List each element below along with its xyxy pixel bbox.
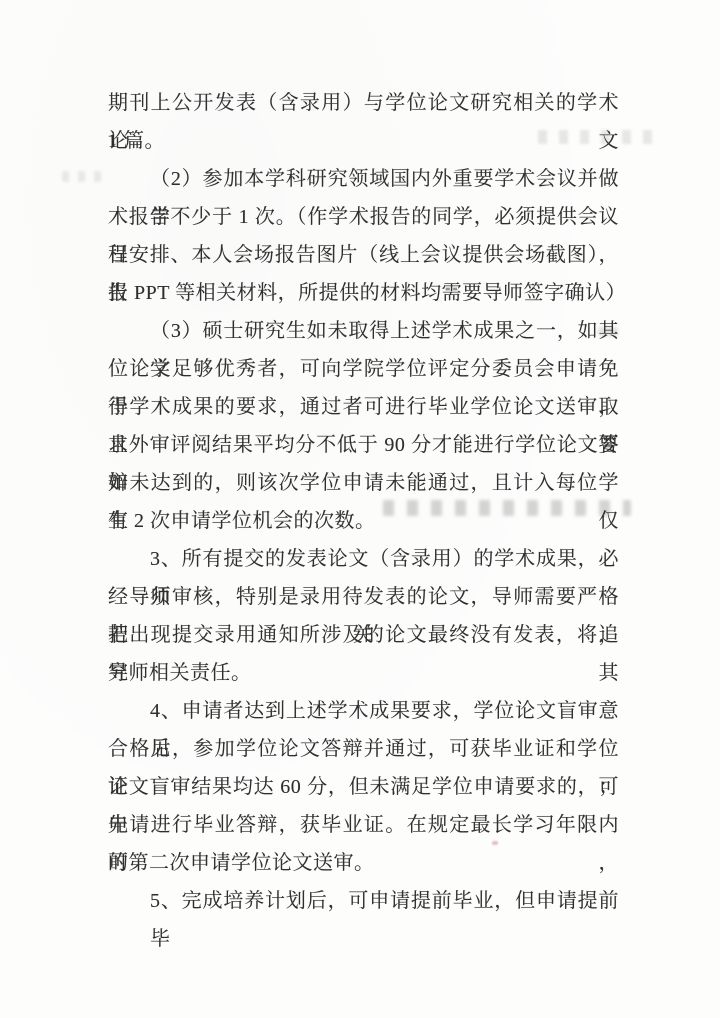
text-line: 合格后，参加学位论文答辩并通过，可获毕业证和学位证；	[108, 730, 619, 768]
text-line: 3、所有提交的发表论文（含录用）的学术成果，必须	[108, 540, 619, 578]
text-line: 求外审评阅结果平均分不低于 90 分才能进行学位论文答辩	[108, 426, 619, 464]
text-line: （2）参加本学科研究领域国内外重要学术会议并做学	[108, 160, 619, 198]
text-line: 若出现提交录用通知所涉及的论文最终没有发表，将追究其	[108, 616, 619, 654]
text-line: 得学术成果的要求，通过者可进行毕业学位论文送审，且要	[108, 388, 619, 426]
scan-artifact	[62, 171, 106, 182]
text-line: 申请进行毕业答辩，获毕业证。在规定最长学习年限内的，	[108, 806, 619, 844]
text-line: 位论文足够优秀者，可向学院学位评定分委员会申请免于取	[108, 350, 619, 388]
text-line: 期刊上公开发表（含录用）与学位论文研究相关的学术论文	[108, 84, 619, 122]
document-text-block: 期刊上公开发表（含录用）与学位论文研究相关的学术论文 1 篇。 （2）参加本学科…	[108, 84, 619, 920]
text-line: 告 PPT 等相关材料，所提供的材料均需要导师签字确认）	[108, 274, 619, 312]
text-line: 经导师审核，特别是录用待发表的论文，导师需要严格把关，	[108, 578, 619, 616]
text-line: 术报告不少于 1 次。（作学术报告的同学，必须提供会议日	[108, 198, 619, 236]
text-line: 5、完成培养计划后，可申请提前毕业，但申请提前毕	[108, 882, 619, 920]
text-line: 论文盲审结果均达 60 分，但未满足学位申请要求的，可先	[108, 768, 619, 806]
document-page: 期刊上公开发表（含录用）与学位论文研究相关的学术论文 1 篇。 （2）参加本学科…	[0, 0, 720, 1018]
text-line: （3）硕士研究生如未取得上述学术成果之一，如其学	[108, 312, 619, 350]
text-line: 程安排、本人会场报告图片（线上会议提供会场截图），报	[108, 236, 619, 274]
text-line: 4、申请者达到上述学术成果要求，学位论文盲审意见	[108, 692, 619, 730]
text-line: 如未达到的，则该次学位申请未能通过，且计入每位学生仅	[108, 464, 619, 502]
